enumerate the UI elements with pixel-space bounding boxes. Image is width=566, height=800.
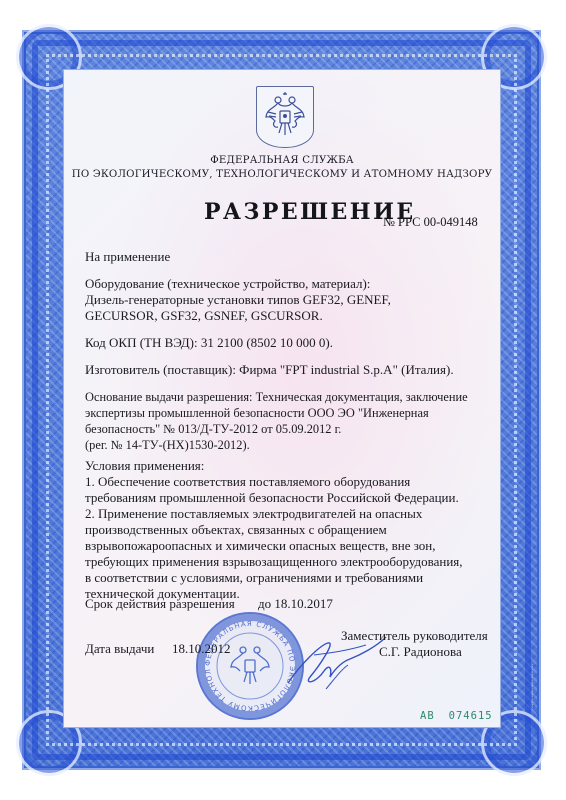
signer-name: С.Г. Радионова bbox=[379, 644, 462, 660]
validity-value: до 18.10.2017 bbox=[258, 596, 333, 612]
condition-line: 2. Применение поставляемых электродвигат… bbox=[85, 506, 422, 522]
agency-name: ФЕДЕРАЛЬНАЯ СЛУЖБА bbox=[64, 155, 500, 166]
condition-line: в соответствии с условиями, ограничениям… bbox=[85, 570, 423, 586]
signer-title: Заместитель руководителя bbox=[341, 628, 488, 644]
okp-code: Код ОКП (ТН ВЭД): 31 2100 (8502 10 000 0… bbox=[85, 335, 333, 351]
condition-line: взрывопожароопасных и химически опасных … bbox=[85, 538, 436, 554]
validity-label: Срок действия разрешения bbox=[85, 596, 235, 612]
form-serial: АВ074615 bbox=[420, 710, 493, 722]
condition-line: производственных объектах, связанных с о… bbox=[85, 522, 387, 538]
conditions-label: Условия применения: bbox=[85, 458, 204, 474]
equipment-line: Дизель-генераторные установки типов GEF3… bbox=[85, 292, 391, 308]
basis-line: экспертизы промышленной безопасности ООО… bbox=[85, 405, 429, 421]
agency-subtitle: ПО ЭКОЛОГИЧЕСКОМУ, ТЕХНОЛОГИЧЕСКОМУ И АТ… bbox=[64, 169, 500, 180]
russian-coat-of-arms-icon bbox=[256, 86, 314, 148]
issue-date-value: 18.10.2012 bbox=[172, 641, 231, 657]
condition-line: требующих применения взрывозащищенного э… bbox=[85, 554, 463, 570]
condition-line: 1. Обеспечение соответствия поставляемог… bbox=[85, 474, 410, 490]
border-microtext: ····························· bbox=[530, 590, 540, 710]
serial-number: 074615 bbox=[449, 710, 493, 722]
serial-series: АВ bbox=[420, 710, 435, 722]
condition-line: требованиям промышленной безопасности Ро… bbox=[85, 490, 459, 506]
basis-line: безопасность" № 013/Д-ТУ-2012 от 05.09.2… bbox=[85, 421, 341, 437]
basis-line: Основание выдачи разрешения: Техническая… bbox=[85, 389, 468, 405]
document-number: № РРС 00-049148 bbox=[383, 215, 478, 230]
purpose-text: На применение bbox=[85, 249, 170, 265]
manufacturer: Изготовитель (поставщик): Фирма "FPT ind… bbox=[85, 362, 454, 378]
equipment-line: GECURSOR, GSF32, GSNEF, GSCURSOR. bbox=[85, 308, 323, 324]
issue-date-label: Дата выдачи bbox=[85, 641, 154, 657]
basis-line: (рег. № 14-ТУ-(НХ)1530-2012). bbox=[85, 437, 250, 453]
equipment-label: Оборудование (техническое устройство, ма… bbox=[85, 276, 370, 292]
